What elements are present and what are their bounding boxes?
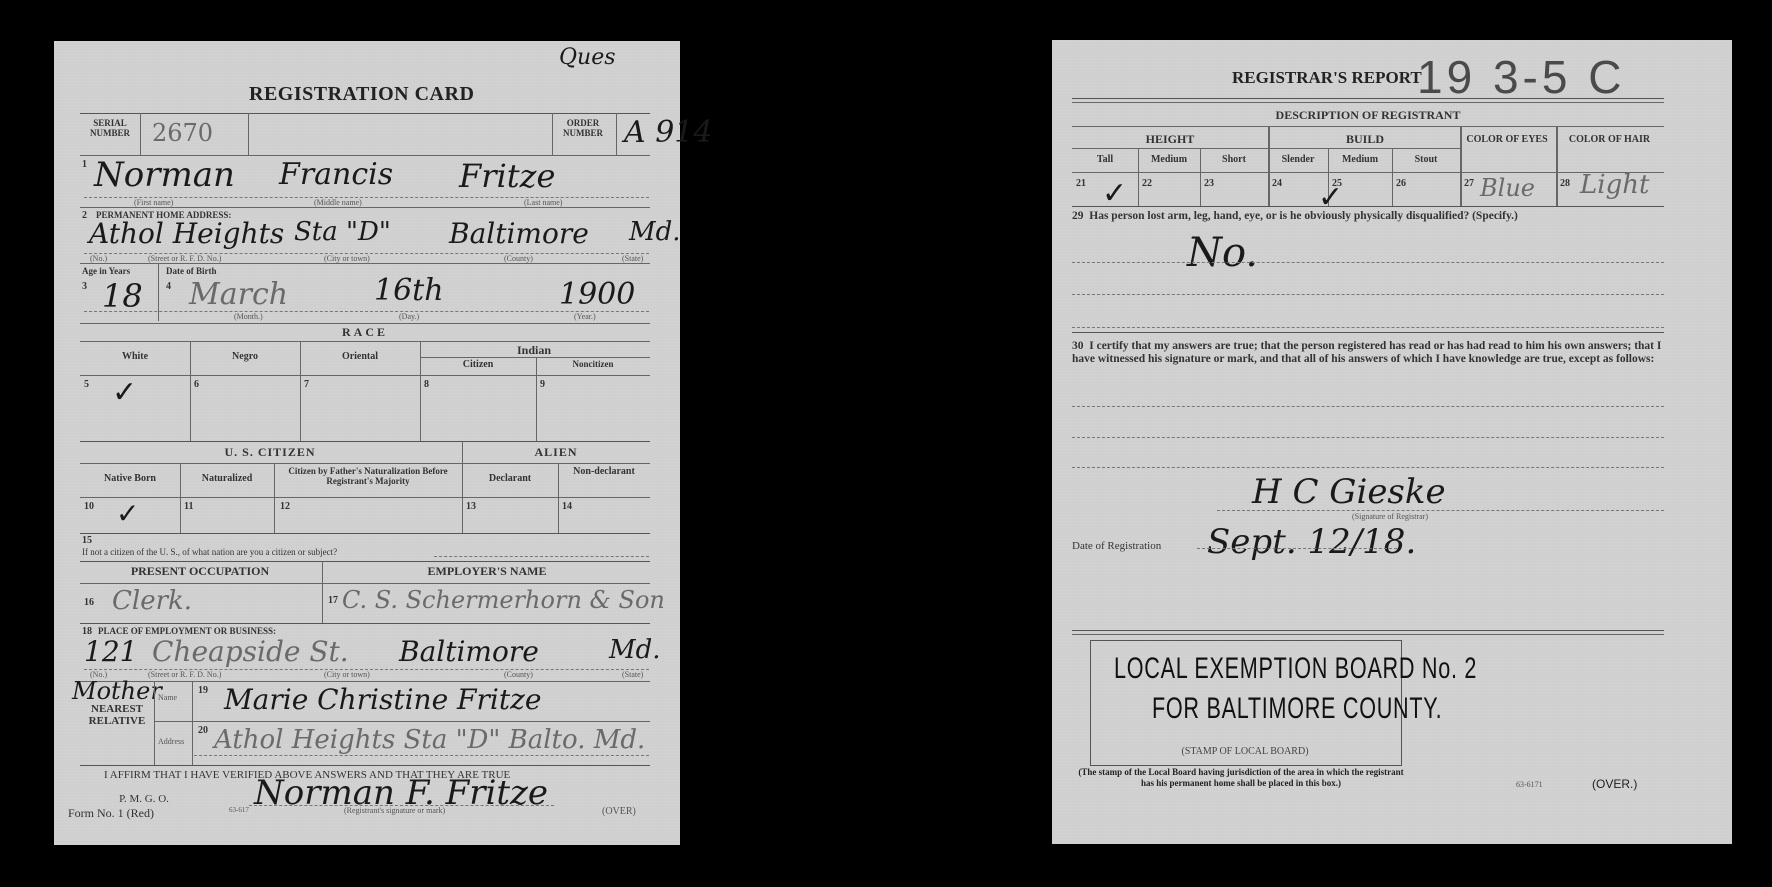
middle-name: Francis (279, 157, 393, 192)
field-number: 28 (1560, 178, 1570, 189)
home-county: Baltimore (449, 217, 589, 250)
county-caption: (County) (504, 254, 533, 263)
month-caption: (Month.) (234, 312, 263, 321)
middle-name-caption: (Middle name) (314, 198, 362, 207)
field-number: 4 (166, 281, 171, 292)
height-tall-label: Tall (1072, 154, 1138, 165)
home-state: Md. (629, 217, 681, 247)
race-oriental-label: Oriental (300, 351, 420, 362)
employment-street: Cheapside St. (152, 635, 349, 668)
field-number: 3 (82, 281, 87, 292)
relative-name: Marie Christine Fritze (224, 683, 541, 716)
serial-number-value: 2670 (152, 119, 213, 147)
field-number: 1 (82, 159, 87, 170)
registration-card: Ques REGISTRATION CARD SERIAL NUMBER 267… (54, 41, 680, 845)
height-label: HEIGHT (1072, 132, 1268, 147)
naturalized-label: Naturalized (180, 473, 274, 484)
field-number: 2 (82, 210, 87, 221)
field-number: 10 (84, 501, 94, 512)
first-name: Norman (94, 155, 235, 195)
field-number: 27 (1464, 178, 1474, 189)
q30-text: 30 I certify that my answers are true; t… (1072, 340, 1667, 366)
state-caption: (State) (622, 670, 643, 679)
q29-text: 29 Has person lost arm, leg, hand, eye, … (1072, 210, 1667, 223)
relative-address: Athol Heights Sta "D" Balto. Md. (214, 725, 645, 755)
signature-caption: (Registrant's signature or mark) (344, 806, 445, 815)
field-number: 17 (328, 595, 338, 606)
registrars-report-card: REGISTRAR'S REPORT 19 3-5 C DESCRIPTION … (1052, 40, 1732, 844)
field-number: 6 (194, 379, 199, 390)
field-number: 29 (1072, 210, 1084, 222)
hair-label: COLOR OF HAIR (1557, 134, 1662, 146)
annotation-ques: Ques (559, 45, 616, 70)
field-number: 15 (82, 535, 92, 546)
field-number: 21 (1076, 178, 1086, 189)
age-value: 18 (102, 277, 143, 315)
year-caption: (Year.) (574, 312, 596, 321)
indian-label: Indian (420, 343, 648, 358)
day-caption: (Day.) (399, 312, 419, 321)
field-number: 20 (198, 725, 208, 736)
print-code: 63-6171 (1516, 780, 1543, 789)
nearest-relative-label: NEAREST RELATIVE (82, 703, 152, 727)
relative-relation: Mother (72, 677, 162, 705)
print-code: 63-617 (229, 806, 249, 814)
field-number: 5 (84, 379, 89, 390)
field-number: 30 (1072, 340, 1084, 352)
last-name-caption: (Last name) (524, 198, 562, 207)
home-city: Sta "D" (294, 217, 391, 247)
last-name: Fritze (459, 157, 555, 195)
field-number: 23 (1204, 178, 1214, 189)
nation-question: If not a citizen of the U. S., of what n… (82, 547, 337, 557)
order-number-value: A 914 (624, 115, 712, 150)
birth-label: Date of Birth (166, 266, 217, 276)
field-number: 9 (540, 379, 545, 390)
relative-name-label: Name (158, 693, 177, 702)
field-number: 22 (1142, 178, 1152, 189)
date-of-registration-value: Sept. 12/18. (1207, 522, 1416, 562)
city-caption: (City or town) (324, 670, 370, 679)
employer-value: C. S. Schermerhorn & Son (342, 586, 665, 614)
field-number: 26 (1396, 178, 1406, 189)
us-citizen-title: U. S. CITIZEN (80, 445, 460, 460)
build-label: BUILD (1270, 132, 1460, 147)
card-title: REGISTRATION CARD (249, 83, 474, 106)
height-medium-label: Medium (1138, 154, 1200, 165)
eyes-label: COLOR OF EYES (1462, 134, 1552, 146)
field-number: 13 (466, 501, 476, 512)
employer-header: EMPLOYER'S NAME (324, 564, 650, 579)
field-number: 14 (562, 501, 572, 512)
stamp-number: 19 3-5 C (1417, 50, 1625, 104)
street-caption: (Street or R. F. D. No.) (148, 254, 221, 263)
field-number: 8 (424, 379, 429, 390)
over-label: (OVER) (602, 806, 636, 817)
relative-address-label: Address (158, 737, 184, 746)
stamp-note: (The stamp of the Local Board having jur… (1076, 767, 1406, 789)
no-caption: (No.) (90, 254, 107, 263)
race-indian-noncitizen-label: Noncitizen (536, 359, 650, 369)
race-title: RACE (80, 325, 650, 340)
field-number: 11 (184, 501, 193, 512)
non-declarant-label: Non-declarant (564, 466, 644, 477)
birth-year: 1900 (559, 277, 635, 312)
report-title: REGISTRAR'S REPORT (1232, 68, 1422, 88)
field-number: 24 (1272, 178, 1282, 189)
date-of-registration-label: Date of Registration (1072, 540, 1161, 552)
build-slender-label: Slender (1268, 154, 1328, 165)
native-born-label: Native Born (80, 473, 180, 484)
board-stamp-line1: LOCAL EXEMPTION BOARD No. 2 (1114, 652, 1477, 686)
occupation-header: PRESENT OCCUPATION (80, 564, 320, 579)
q30-certification: I certify that my answers are true; that… (1072, 340, 1661, 365)
race-white-check: ✓ (112, 375, 137, 410)
hair-color-value: Light (1580, 170, 1649, 200)
form-number: Form No. 1 (Red) (68, 806, 154, 821)
alien-title: ALIEN (462, 445, 650, 460)
declarant-label: Declarant (462, 473, 558, 484)
home-street: Athol Heights (89, 217, 284, 250)
occupation-value: Clerk. (112, 586, 192, 616)
registrar-signature: H C Gieske (1252, 472, 1446, 512)
form-code: P. M. G. O. (104, 793, 184, 805)
race-negro-label: Negro (190, 351, 300, 362)
employment-state: Md. (609, 635, 661, 665)
build-medium-label: Medium (1328, 154, 1392, 165)
birth-month: March (189, 277, 288, 312)
q29-answer: No. (1187, 230, 1258, 276)
employment-no: 121 (84, 635, 137, 668)
description-title: DESCRIPTION OF REGISTRANT (1072, 108, 1664, 123)
order-number-label: ORDER NUMBER (554, 118, 612, 138)
stamp-box-caption: (STAMP OF LOCAL BOARD) (1090, 746, 1400, 757)
age-label: Age in Years (82, 266, 130, 276)
employment-city: Baltimore (399, 635, 539, 668)
build-stout-label: Stout (1392, 154, 1460, 165)
board-stamp-line2: FOR BALTIMORE COUNTY. (1152, 692, 1442, 726)
county-caption: (County) (504, 670, 533, 679)
city-caption: (City or town) (324, 254, 370, 263)
serial-number-label: SERIAL NUMBER (82, 118, 138, 138)
field-number: 16 (84, 597, 94, 608)
state-caption: (State) (622, 254, 643, 263)
native-born-check: ✓ (116, 497, 139, 530)
race-white-label: White (80, 351, 190, 362)
eye-color-value: Blue (1480, 174, 1535, 202)
height-short-label: Short (1200, 154, 1268, 165)
birth-day: 16th (374, 273, 444, 308)
q29-question: Has person lost arm, leg, hand, eye, or … (1089, 210, 1518, 222)
field-number: 19 (198, 685, 208, 696)
race-indian-citizen-label: Citizen (420, 359, 536, 370)
father-naturalization-label: Citizen by Father's Naturalization Befor… (278, 466, 458, 486)
over-label: (OVER.) (1592, 777, 1637, 791)
field-number: 7 (304, 379, 309, 390)
registrar-signature-caption: (Signature of Registrar) (1352, 512, 1428, 521)
first-name-caption: (First name) (134, 198, 173, 207)
field-number: 12 (280, 501, 290, 512)
